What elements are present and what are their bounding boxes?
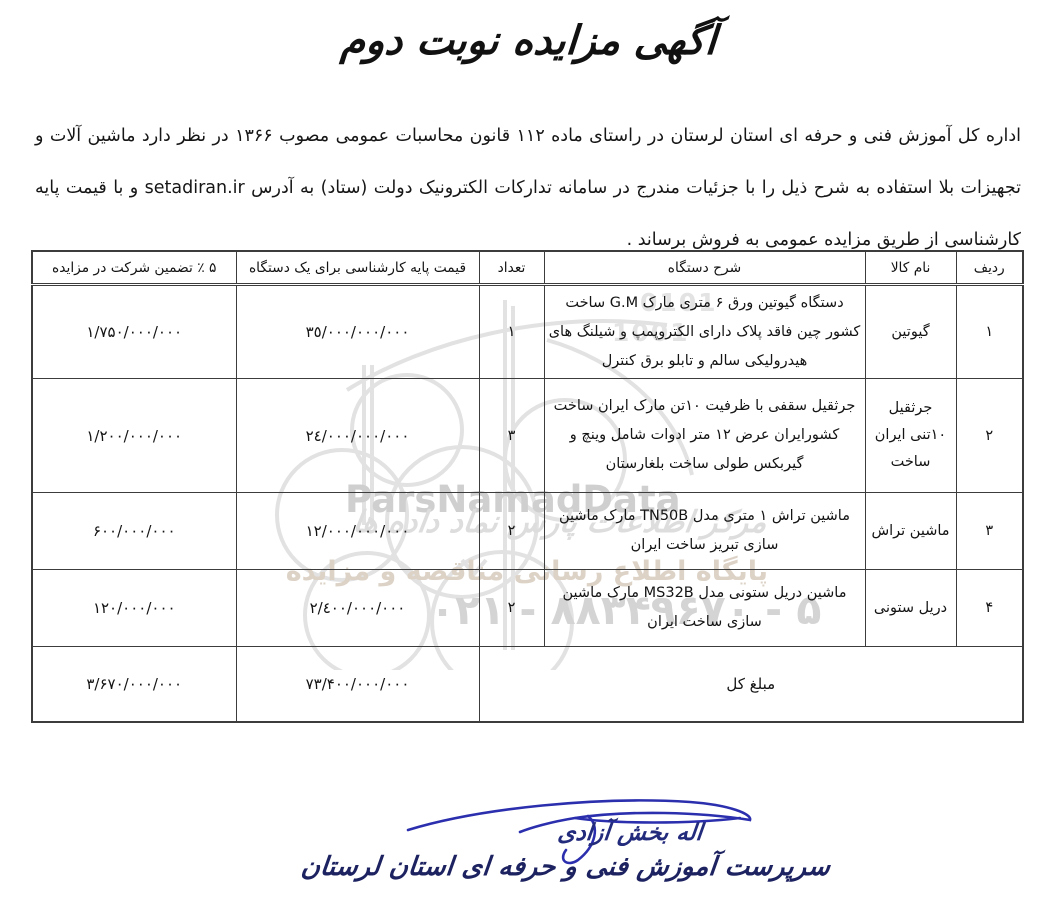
table-row: ۳ ماشین تراش ماشین تراش ۱ متری مدل TN50B… <box>32 493 1023 570</box>
auction-items-table: ردیف نام کالا شرح دستگاه تعداد قیمت پایه… <box>31 250 1024 723</box>
cell-row-no: ۱ <box>956 285 1023 379</box>
total-base-price-cell: ۷۳/۴۰۰/۰۰۰/۰۰۰ <box>236 647 479 723</box>
cell-guarantee: ۱۲۰/۰۰۰/۰۰۰ <box>32 570 236 647</box>
cell-description: جرثقیل سقفی با ظرفیت ۱۰تن مارک ایران ساخ… <box>544 379 865 493</box>
cell-base-price: ٢٤/٠٠٠/٠٠٠/٠٠٠ <box>236 379 479 493</box>
cell-quantity: ۱ <box>479 285 544 379</box>
cell-row-no: ۳ <box>956 493 1023 570</box>
cell-description: ماشین تراش ۱ متری مدل TN50B مارک ماشین س… <box>544 493 865 570</box>
cell-base-price: ٣٥/٠٠٠/٠٠٠/٠٠٠ <box>236 285 479 379</box>
signature-name: اله بخش آزادی <box>479 820 782 846</box>
cell-description: دستگاه گیوتین ورق ۶ متری مارک G.M ساخت ک… <box>544 285 865 379</box>
cell-guarantee: ۶۰۰/۰۰۰/۰۰۰ <box>32 493 236 570</box>
signature-block: اله بخش آزادی سرپرست آموزش فنی و حرفه ای… <box>0 780 1057 900</box>
page-title: آگهی مزایده نوبت دوم <box>0 18 1057 64</box>
intro-paragraph: اداره کل آموزش فنی و حرفه ای استان لرستا… <box>35 110 1021 266</box>
auction-notice-document: 0101 1001 ParsNamadData مرکز اطلاعات پار… <box>0 0 1057 914</box>
total-guarantee-cell: ۳/۶۷۰/۰۰۰/۰۰۰ <box>32 647 236 723</box>
cell-item-name: ماشین تراش <box>865 493 956 570</box>
cell-quantity: ۲ <box>479 570 544 647</box>
cell-row-no: ۲ <box>956 379 1023 493</box>
total-label-cell: مبلغ کل <box>479 647 1023 723</box>
table-row: ۱ گیوتین دستگاه گیوتین ورق ۶ متری مارک G… <box>32 285 1023 379</box>
table-row: ۲ جرثقیل ۱۰تنی ایران ساخت جرثقیل سقفی با… <box>32 379 1023 493</box>
table-row: ۴ دریل ستونی ماشین دریل ستونی مدل MS32B … <box>32 570 1023 647</box>
total-row: مبلغ کل ۷۳/۴۰۰/۰۰۰/۰۰۰ ۳/۶۷۰/۰۰۰/۰۰۰ <box>32 647 1023 723</box>
cell-guarantee: ۱/۲۰۰/۰۰۰/۰۰۰ <box>32 379 236 493</box>
signature-role: سرپرست آموزش فنی و حرفه ای استان لرستان <box>358 852 831 882</box>
cell-row-no: ۴ <box>956 570 1023 647</box>
cell-quantity: ۲ <box>479 493 544 570</box>
cell-description: ماشین دریل ستونی مدل MS32B مارک ماشین سا… <box>544 570 865 647</box>
cell-base-price: ٢/٤٠٠/٠٠٠/٠٠٠ <box>236 570 479 647</box>
cell-item-name: گیوتین <box>865 285 956 379</box>
cell-guarantee: ۱/۷۵۰/۰۰۰/۰۰۰ <box>32 285 236 379</box>
cell-quantity: ۳ <box>479 379 544 493</box>
cell-item-name: جرثقیل ۱۰تنی ایران ساخت <box>865 379 956 493</box>
cell-base-price: ۱۲/٠٠٠/٠٠٠/٠٠٠ <box>236 493 479 570</box>
cell-item-name: دریل ستونی <box>865 570 956 647</box>
